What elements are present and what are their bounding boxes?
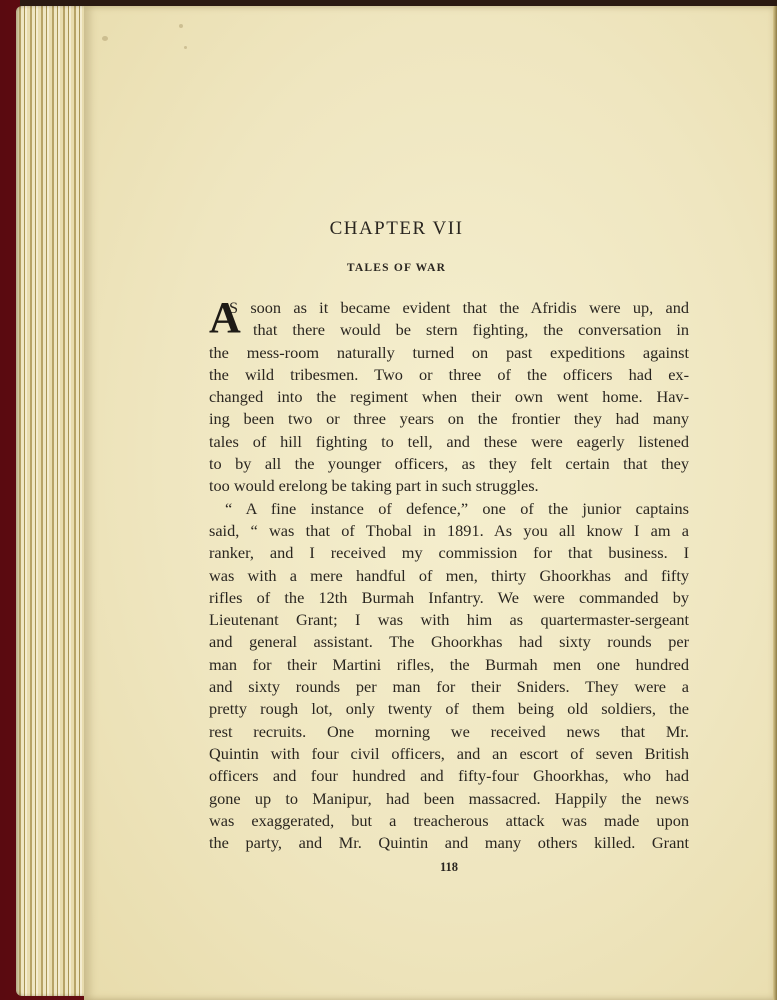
page-number: 118 [437,860,461,875]
text-line: gone up to Manipur, had been massacred. … [209,788,689,810]
foxing-spot [102,36,108,41]
text-line: said, “ was that of Thobal in 1891. As y… [209,520,689,542]
text-line: ing been two or three years on the front… [209,408,689,430]
text-line: changed into the regiment when their own… [209,386,689,408]
text-line: ranker, and I received my commission for… [209,542,689,564]
text-line: rest recruits. One morning we received n… [209,721,689,743]
text-line: rifles of the 12th Burmah Infantry. We w… [209,587,689,609]
text-line: too would erelong be taking part in such… [209,475,689,497]
drop-cap: A [209,298,241,338]
foxing-spot [184,46,187,49]
text-line: Quintin with four civil officers, and an… [209,743,689,765]
body-text: A S soon as it became evident that the A… [209,297,689,854]
page-edge [773,6,777,1000]
text-line: “ A fine instance of defence,” one of th… [209,498,689,520]
text-line: the wild tribesmen. Two or three of the … [209,364,689,386]
text-line: tales of hill fighting to tell, and thes… [209,431,689,453]
text-line: officers and four hundred and fifty-four… [209,765,689,787]
text-line: S soon as it became evident that the Afr… [209,297,689,319]
text-line: man for their Martini rifles, the Burmah… [209,654,689,676]
chapter-subtitle: TALES OF WAR [50,262,743,274]
foxing-spot [179,24,183,28]
text-line: the mess-room naturally turned on past e… [209,342,689,364]
text-line: the party, and Mr. Quintin and many othe… [209,832,689,854]
text-line: to by all the younger officers, as they … [209,453,689,475]
text-line: and sixty rounds per man for their Snide… [209,676,689,698]
text-line: was with a mere handful of men, thirty G… [209,565,689,587]
text-line: Lieutenant Grant; I was with him as quar… [209,609,689,631]
chapter-title: CHAPTER VII [50,218,743,240]
text-line: that there would be stern fighting, the … [209,319,689,341]
text-line: was exaggerated, but a treacherous attac… [209,810,689,832]
text-line: pretty rough lot, only twenty of them be… [209,698,689,720]
page-stack-edges [16,6,86,996]
text-line: and general assistant. The Ghoorkhas had… [209,631,689,653]
